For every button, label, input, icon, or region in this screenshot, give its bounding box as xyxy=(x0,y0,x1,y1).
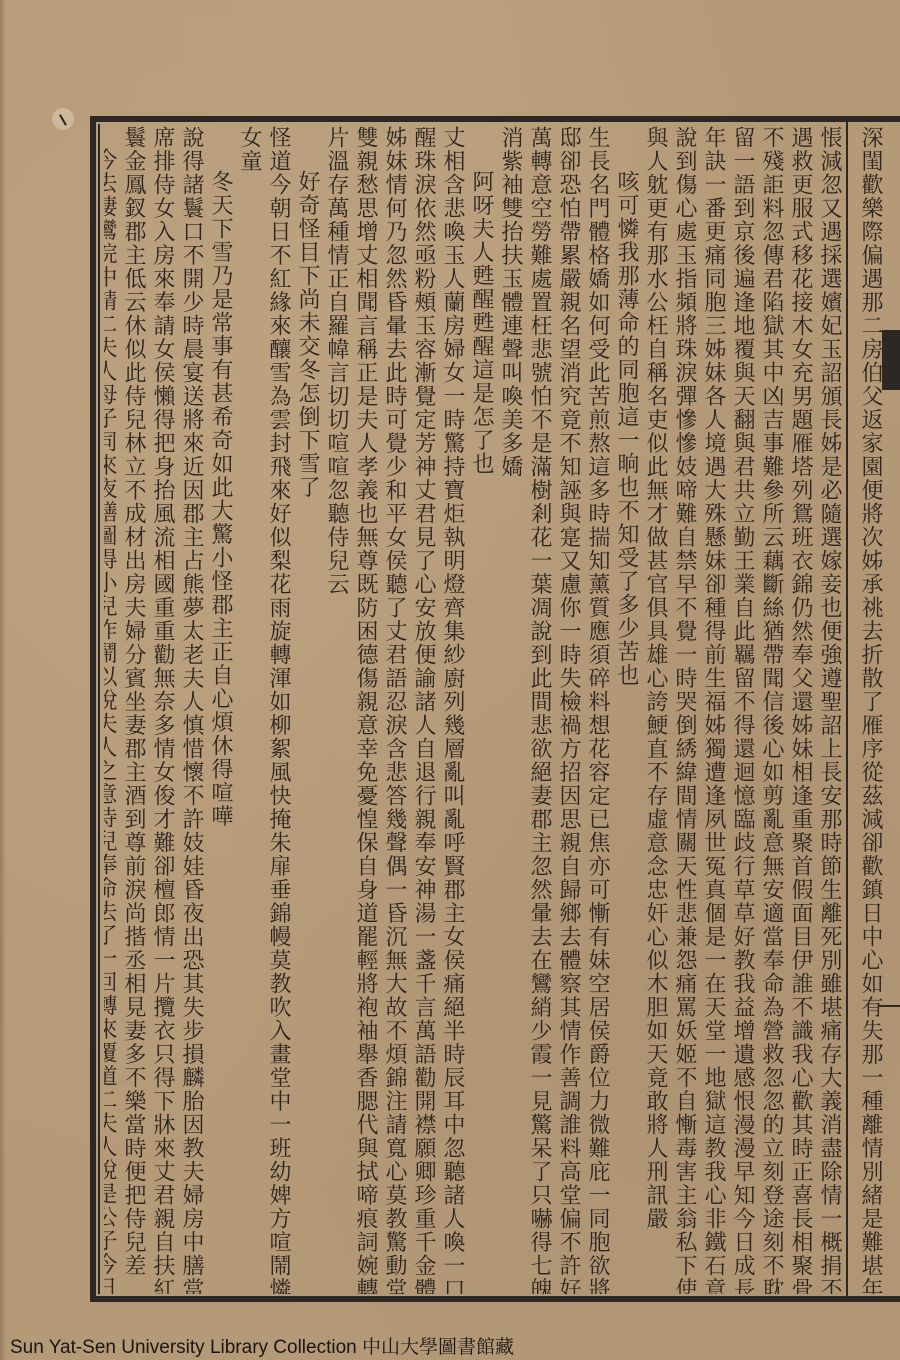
text-column: 姊妹情何乃忽然昏暈去此時可覺少和平女侯聽了丈君語忍淚含悲答幾聲偶一昏沉無大故不煩… xyxy=(380,126,409,1294)
page-binding-edge xyxy=(0,0,6,1360)
text-column: 鬟金鳳釵郡主低云休似此侍兒林立不成材出房夫婦分賓坐妻郡主酒到尊前淚尚揩丞相見妻多… xyxy=(119,126,148,1294)
text-column: 說得諸鬟口不開少時晨宴送將來近因郡主占熊夢太老夫人慎惜懷不許妓娃昏夜出恐其失步損… xyxy=(177,126,206,1294)
page-border-top-extension xyxy=(846,116,900,122)
text-column: 不殘詎料忽傳君陷獄其中凶吉事難參所云藕斷絲猶帶聞信後心如剪亂意無安適當奉命為營救… xyxy=(757,126,786,1294)
text-column: 遇救更服式移花接木女充男題雁塔列鴛班衣錦仍然奉父還姊妹相逢重聚首假面目伊誰不識我… xyxy=(786,126,815,1294)
text-column: 留一語到京後遍逢地覆與天翻與君共立勤王業自此羈留不得還迴憶臨歧行草草好教我益增遺… xyxy=(728,126,757,1294)
text-column: 萬轉意空勞難處置枉悲號怕不是滿樹剎花一葉凋說到此間悲欲絕妻郡主忽然暈去在鸞綃少霞… xyxy=(525,126,554,1294)
text-column-indented: 阿呀夫人甦醒甦醒這是怎了也 xyxy=(467,126,496,1294)
library-collection-credit: Sun Yat-Sen University Library Collectio… xyxy=(10,1332,514,1359)
text-column: 與人躭更有那水公枉自稱名吏似此無才做甚官俱具雄心誇鯁直不存虛意念忠奸心似木胆如天… xyxy=(641,126,670,1294)
text-column: 雙親愁思增丈相聞言稱正是夫人孝義也無尊既防困德傷親意幸免憂惶保自身道罷輕將袍袖舉… xyxy=(351,126,380,1294)
text-column: 席排侍女入房來奉請女侯懶得把身抬風流相國重重勸無奈多情女俊才難卻檀郎情一片攬衣只… xyxy=(148,126,177,1294)
text-column-indented: 今去棲鸞院中請二夫人母子同來夜膳圖得小兒作鬧以悅夫人之意侍兒奉命去了一回轉來覆道… xyxy=(104,126,119,1294)
text-column: 怪道今朝日不紅緣來釀雪為雲封飛來好似梨花雨旋轉渾如柳絮風快掩朱扉垂錦幔莫教吹入畫… xyxy=(264,126,293,1294)
page-border-bottom-extension xyxy=(846,1296,900,1302)
text-column-indented: 好奇怪目下尚未交冬怎倒下雪了 xyxy=(293,126,322,1294)
text-column: 片溫存萬種情正自羅幃言切切喧喧忽聽侍兒云 xyxy=(322,126,351,1294)
text-column: 悵減忽又遇採選嬪妃玉詔頒長姊是必隨選嫁妾也便強遵聖詔上長安那時節生離死別雖堪痛存… xyxy=(815,126,844,1294)
text-column-indented: 咳可憐我那薄命的同胞這一晌也不知受了多少苦也 xyxy=(612,126,641,1294)
text-column: 女童 xyxy=(235,126,264,1294)
binding-hole xyxy=(52,108,74,130)
main-text-block: 悵減忽又遇採選嬪妃玉詔頒長姊是必隨選嫁妾也便強遵聖詔上長安那時節生離死別雖堪痛存… xyxy=(104,126,844,1294)
page-border-right-rule xyxy=(846,116,848,1302)
text-column: 生長名門體格嬌如何受此苦煎熬這多時揣知薰質應須碎料想花容定已焦亦可慚有妹空居侯爵… xyxy=(583,126,612,1294)
text-column-indented: 冬天下雪乃是常事有甚希奇如此大驚小怪郡主正自心煩休得喧嘩 xyxy=(206,126,235,1294)
text-column: 醒珠淚依然亟粉頰玉容漸覺定芳神丈君見了心安放便諭諸人自退行親奉安神湯一盞千言萬語… xyxy=(409,126,438,1294)
text-column: 消紫袖雙抬扶玉體連聲叫喚美多嬌 xyxy=(496,126,525,1294)
page-border-inner-line xyxy=(98,124,100,1294)
text-column: 丈相含悲喚玉人蘭房婦女一時驚持寶炬執明燈齊集紗廚列幾層亂叫亂呼賢郡主女侯痛絕半時… xyxy=(438,126,467,1294)
text-column: 邸卻恐怕帶累嚴親名望消究竟不知誣與寔又慮你一時失檢禍方招因思親自歸鄉去體察其情作… xyxy=(554,126,583,1294)
first-text-column: 深閨歡樂際偏遇那二房伯父返家園便將次姊承祧去折散了雁序從茲減卻歡鎮日中心如有失那… xyxy=(856,126,885,1294)
text-column: 說到傷心處玉指頻將珠淚彈慘慘妓啼難自禁早不覺一時哭倒綉緯間情關天性悲兼怨痛罵妖姬… xyxy=(670,126,699,1294)
text-column: 年訣一番更痛同胞三姊妹各人境遇大殊懸妹卻種得前生福姊獨遭逢夙世冤真個是一在天堂一… xyxy=(699,126,728,1294)
